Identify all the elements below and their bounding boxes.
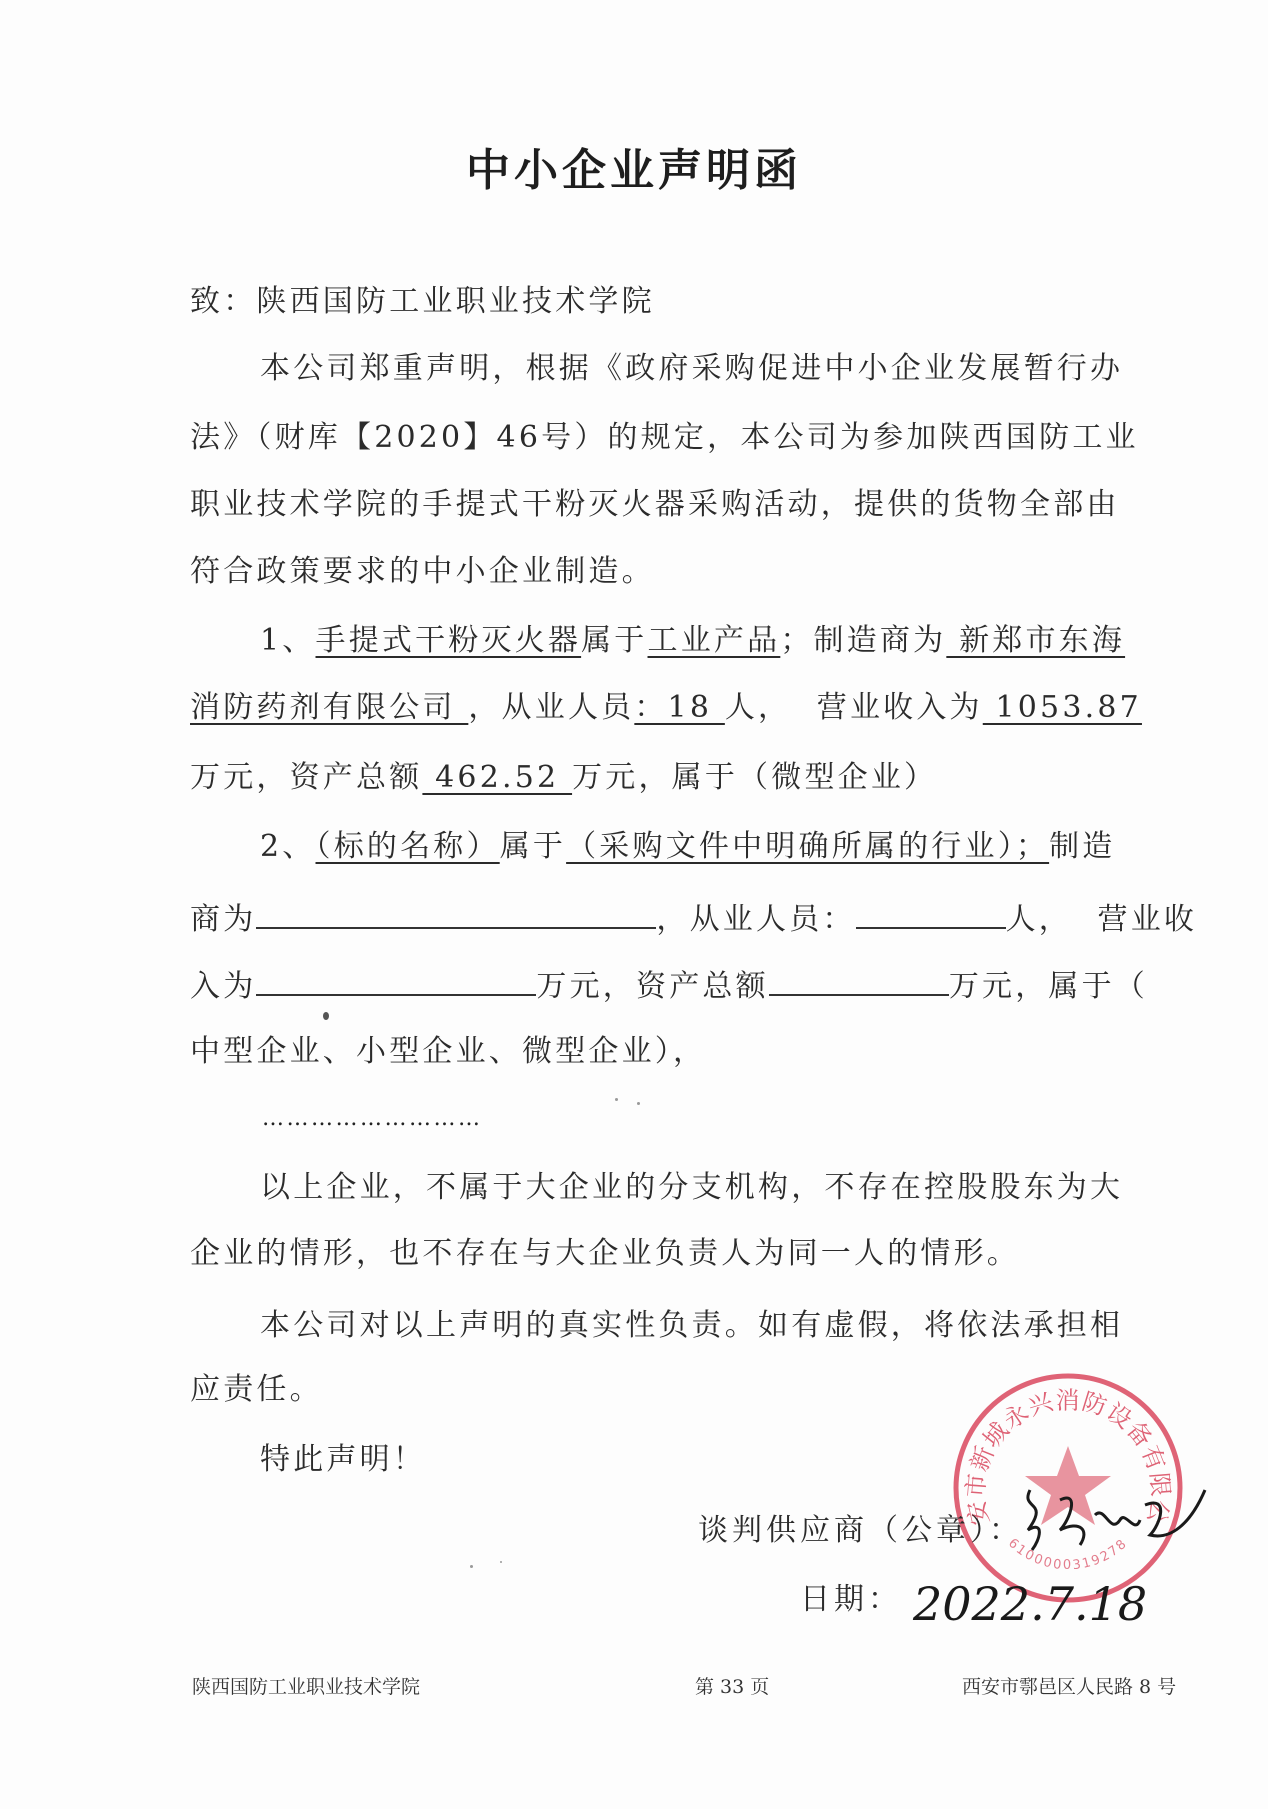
item2-line-2: 商为，从业人员：人， 营业收 bbox=[190, 897, 1180, 940]
item1-manufacturer-part1: 新郑市东海 bbox=[946, 623, 1125, 658]
item2-employees-unit: 人， bbox=[1006, 902, 1072, 937]
footer-address: 西安市鄠邑区人民路 8 号 bbox=[962, 1672, 1176, 1699]
responsibility-line-1: 本公司对以上声明的真实性负责。如有虚假，将依法承担相 bbox=[260, 1306, 1180, 1346]
footer-page-number: 第 33 页 bbox=[695, 1672, 769, 1699]
item2-employees-blank bbox=[856, 897, 1006, 929]
scan-speck bbox=[323, 1012, 329, 1020]
item2-assets-unit: 万元，属于（ bbox=[949, 969, 1148, 1004]
item2-manufacturer-blank bbox=[256, 897, 656, 929]
item1-manufacturer-part2: 消防药剂有限公司 bbox=[190, 690, 468, 725]
item1-line-3: 万元，资产总额 462.52 万元，属于（微型企业） bbox=[190, 758, 1180, 798]
item1-number: 1、 bbox=[260, 623, 316, 658]
item2-revenue-blank bbox=[256, 964, 536, 996]
item2-revenue-unit: 万元，资产总额 bbox=[536, 969, 768, 1004]
item2-employees-label: ，从业人员： bbox=[656, 902, 855, 937]
item1-industry: 工业产品 bbox=[648, 623, 781, 658]
item2-assets-blank bbox=[769, 964, 949, 996]
footer-institution: 陕西国防工业职业技术学院 bbox=[192, 1672, 420, 1699]
item1-line-1: 1、手提式干粉灭火器属于工业产品；制造商为 新郑市东海 bbox=[260, 621, 1180, 661]
item2-number: 2、 bbox=[260, 829, 316, 864]
item1-employees-label: ，从业人员 bbox=[468, 690, 634, 725]
item1-revenue-label: 营业收入为 bbox=[817, 690, 983, 725]
item1-employees-value: ：18 bbox=[634, 690, 725, 725]
handwritten-date: 2022.7.18 bbox=[905, 1568, 1165, 1638]
item2-industry: （采购文件中明确所属的行业）； bbox=[566, 829, 1049, 864]
item2-revenue-label-cont: 入为 bbox=[190, 969, 256, 1004]
item2-revenue-label: 营业收 bbox=[1098, 902, 1198, 937]
intro-line-1: 本公司郑重声明，根据《政府采购促进中小企业发展暂行办 bbox=[260, 349, 1180, 389]
item2-line-3: 入为万元，资产总额万元，属于（ bbox=[190, 964, 1180, 1007]
item2-manufacturer-label: 制造 bbox=[1049, 829, 1115, 864]
ellipsis: ……………………… bbox=[262, 1106, 483, 1131]
item2-line-4: 中型企业、小型企业、微型企业）， bbox=[190, 1032, 1180, 1072]
item2-product: （标的名称） bbox=[316, 829, 500, 864]
item1-revenue-value: 1053.87 bbox=[983, 690, 1142, 725]
scan-speck bbox=[500, 1561, 502, 1563]
statement-line-2: 企业的情形，也不存在与大企业负责人为同一人的情形。 bbox=[190, 1234, 1180, 1274]
item1-line-2: 消防药剂有限公司 ，从业人员：18 人， 营业收入为 1053.87 bbox=[190, 688, 1180, 728]
item1-product: 手提式干粉灭火器 bbox=[316, 623, 582, 658]
handwritten-signature-icon bbox=[1010, 1470, 1210, 1560]
scan-speck bbox=[615, 1098, 618, 1101]
intro-line-3: 职业技术学院的手提式干粉灭火器采购活动，提供的货物全部由 bbox=[190, 485, 1180, 525]
item2-line-1: 2、（标的名称）属于（采购文件中明确所属的行业）；制造 bbox=[260, 827, 1180, 867]
document-title: 中小企业声明函 bbox=[0, 134, 1268, 198]
document-page: 中小企业声明函 致：陕西国防工业职业技术学院 本公司郑重声明，根据《政府采购促进… bbox=[0, 0, 1268, 1809]
item1-revenue-unit: 万元，资产总额 bbox=[190, 760, 422, 795]
scan-speck bbox=[470, 1565, 473, 1568]
intro-line-2: 法》（财库【2020】46号）的规定，本公司为参加陕西国防工业 bbox=[190, 418, 1180, 458]
svg-text:2022.7.18: 2022.7.18 bbox=[912, 1577, 1147, 1631]
item1-belongs-to: 属于 bbox=[581, 623, 647, 658]
item1-assets-value: 462.52 bbox=[422, 760, 572, 795]
item1-assets-unit: 万元，属于（微型企业） bbox=[572, 760, 937, 795]
item1-employees-unit: 人， bbox=[725, 690, 791, 725]
salutation: 致：陕西国防工业职业技术学院 bbox=[190, 282, 1180, 322]
item2-belongs-to: 属于 bbox=[500, 829, 566, 864]
statement-line-1: 以上企业，不属于大企业的分支机构，不存在控股股东为大 bbox=[260, 1168, 1180, 1208]
intro-line-4: 符合政策要求的中小企业制造。 bbox=[190, 552, 1180, 592]
item2-manufacturer-label-cont: 商为 bbox=[190, 902, 256, 937]
scan-speck bbox=[637, 1102, 640, 1105]
item1-manufacturer-label: ；制造商为 bbox=[780, 623, 946, 658]
